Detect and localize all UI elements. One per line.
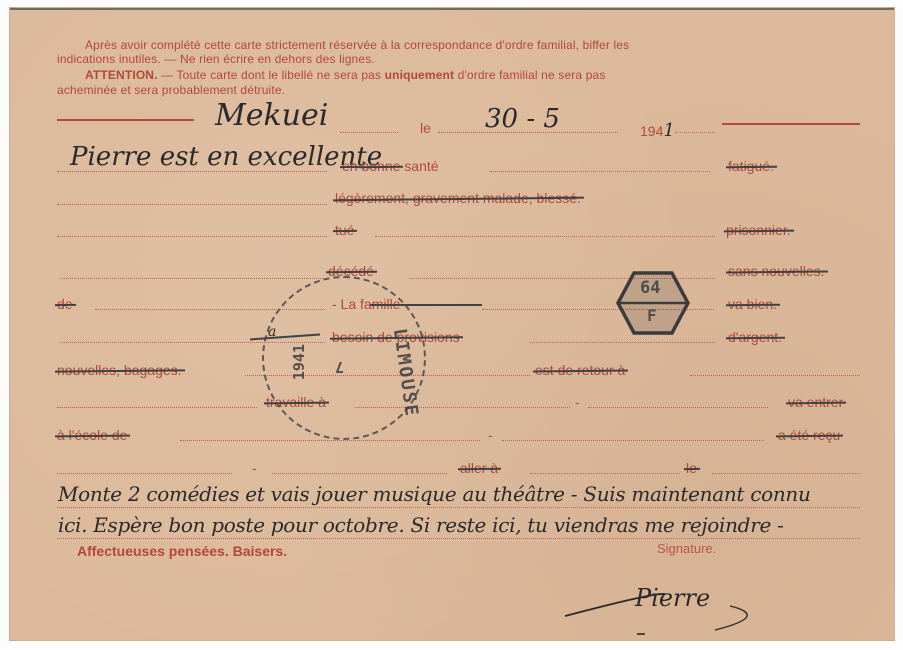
struck-a-ete-recu: a été reçu — [778, 427, 840, 443]
year-printed: 1941 — [640, 120, 675, 141]
struck-tue: tué — [335, 222, 354, 238]
dotted-line — [57, 236, 327, 237]
year-handwritten-digit: 1 — [663, 120, 674, 141]
dotted-line — [530, 473, 680, 474]
struck-de: de — [57, 296, 73, 312]
option-malade: légèrement, gravement malade, blessé. — [335, 190, 581, 206]
option-va-bien: va bien. — [728, 296, 777, 312]
attention-text-b: d'ordre familial ne sera pas — [454, 68, 605, 82]
health-handwritten: Pierre est en excellente — [70, 142, 382, 172]
dash-sep: - — [575, 394, 580, 410]
dotted-line — [57, 538, 860, 539]
le-label: le — [420, 120, 431, 136]
option-recu: a été reçu — [778, 427, 840, 443]
struck-ecole: à l'école de — [57, 427, 127, 443]
header-line-1: Après avoir complété cette carte stricte… — [85, 38, 629, 52]
struck-nouvelles-bagages: nouvelles, bagages. — [57, 362, 182, 378]
option-argent: d'argent. — [728, 329, 782, 345]
option-de: de — [57, 296, 73, 312]
struck-aller-a: aller à — [460, 460, 498, 476]
signature-handwritten: Pierre — [635, 584, 710, 612]
header-line-4: acheminée et sera probablement détruite. — [57, 83, 285, 97]
dash-sep: - — [252, 460, 257, 476]
dotted-line — [675, 132, 715, 133]
attention-text-a: — Toute carte dont le libellé ne sera pa… — [158, 68, 385, 82]
hex-stamp-number: 64 — [640, 278, 660, 298]
dotted-line — [340, 132, 398, 133]
dotted-line — [57, 507, 860, 508]
option-prisonnier: prisonnier. — [726, 222, 791, 238]
signature-label: Signature. — [657, 541, 716, 556]
option-sans-nouvelles: sans nouvelles. — [728, 263, 825, 279]
dotted-line — [57, 473, 232, 474]
postmark-day: 7 — [335, 358, 344, 376]
hex-stamp-letter: F — [647, 306, 657, 325]
option-aller: aller à — [460, 460, 498, 476]
place-handwritten: Mekuei — [215, 98, 328, 133]
option-nouvelles-bagages: nouvelles, bagages. — [57, 362, 182, 378]
dotted-line — [502, 440, 764, 441]
postmark-year: 1941 — [290, 344, 308, 380]
dotted-line — [490, 171, 710, 172]
option-retour: est de retour à — [535, 362, 625, 378]
option-fatigue: fatigué. — [728, 158, 774, 174]
place-rule-left — [57, 119, 194, 121]
struck-est-de-retour: est de retour à — [535, 362, 625, 378]
option-va-entrer: va entrer — [788, 394, 843, 410]
struck-va-entrer: va entrer — [788, 394, 843, 410]
dotted-line — [57, 407, 257, 408]
struck-prisonnier: prisonnier. — [726, 222, 791, 238]
dotted-line — [690, 375, 860, 376]
option-le: le — [686, 460, 697, 476]
message-line-1: Monte 2 comédies et vais jouer musique a… — [58, 482, 811, 506]
header-attention-line: ATTENTION. — Toute carte dont le libellé… — [85, 68, 606, 82]
struck-va-bien: va bien. — [728, 296, 777, 312]
struck-en: en — [342, 158, 358, 174]
struck-sans-nouvelles: sans nouvelles. — [728, 263, 825, 279]
struck-malade-blesse: légèrement, gravement malade, blessé. — [335, 190, 581, 206]
closing-text: Affectueuses pensées. Baisers. — [77, 543, 287, 559]
struck-argent: d'argent. — [728, 329, 782, 345]
dotted-line — [375, 236, 715, 237]
dotted-line — [57, 204, 327, 205]
date-handwritten: 30 - 5 — [485, 104, 560, 134]
interzone-postcard: Après avoir complété cette carte stricte… — [10, 8, 894, 640]
health-printed: en bonne santé — [342, 158, 439, 174]
sante-text: santé — [404, 158, 438, 174]
attention-label: ATTENTION. — [85, 68, 158, 82]
place-rule-right — [722, 123, 860, 125]
dash-sep: - — [488, 427, 493, 443]
year-prefix: 194 — [640, 123, 663, 139]
dotted-line — [712, 473, 860, 474]
struck-bonne: bonne — [361, 158, 400, 174]
option-ecole: à l'école de — [57, 427, 127, 443]
message-line-2: ici. Espère bon poste pour octobre. Si r… — [58, 513, 784, 537]
dotted-line — [588, 407, 768, 408]
dotted-line — [272, 473, 447, 474]
option-tue: tué — [335, 222, 354, 238]
uniquement-emphasis: uniquement — [385, 68, 455, 82]
header-line-2: indications inutiles. — Ne rien écrire e… — [57, 52, 375, 66]
dotted-line — [530, 342, 715, 343]
dotted-line — [60, 278, 325, 279]
struck-le: le — [686, 460, 697, 476]
struck-fatigue: fatigué. — [728, 158, 774, 174]
dotted-line — [180, 440, 480, 441]
